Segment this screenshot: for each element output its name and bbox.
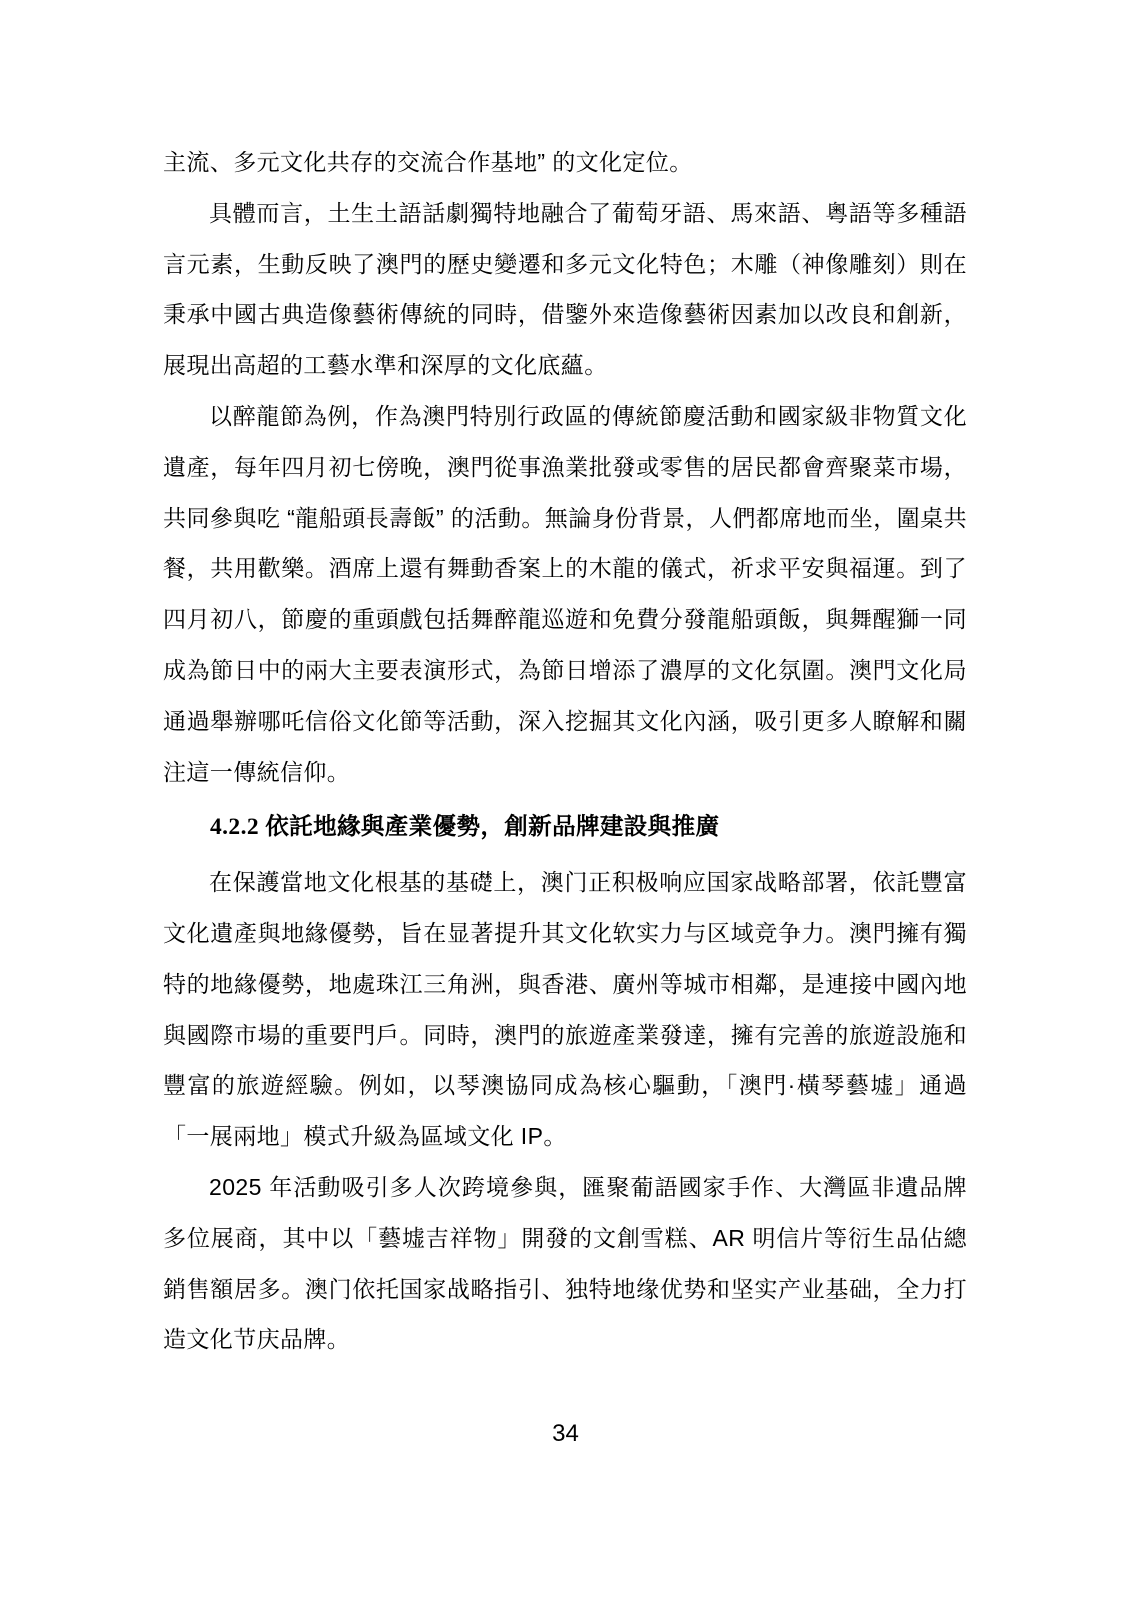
paragraph: 具體而言，土生土語話劇獨特地融合了葡萄牙語、馬來語、粵語等多種語言元素，生動反映… — [163, 188, 967, 391]
text-block: 主流、多元文化共存的交流合作基地” 的文化定位。 具體而言，土生土語話劇獨特地融… — [163, 0, 967, 1365]
paragraph: 在保護當地文化根基的基礎上，澳门正积极响应国家战略部署，依託豐富文化遺產與地緣優… — [163, 857, 967, 1162]
paragraph: 以醉龍節為例，作為澳門特別行政區的傳統節慶活動和國家級非物質文化遺產，每年四月初… — [163, 391, 967, 797]
document-page: 主流、多元文化共存的交流合作基地” 的文化定位。 具體而言，土生土語話劇獨特地融… — [0, 0, 1131, 1600]
paragraph: 2025 年活動吸引多人次跨境參與，匯聚葡語國家手作、大灣區非遺品牌多位展商，其… — [163, 1162, 967, 1365]
paragraph-continuation: 主流、多元文化共存的交流合作基地” 的文化定位。 — [163, 137, 967, 188]
section-heading: 4.2.2 依託地緣與產業優勢，創新品牌建設與推廣 — [163, 802, 967, 853]
page-footer: 34 — [0, 1420, 1131, 1448]
page-number: 34 — [552, 1420, 579, 1447]
